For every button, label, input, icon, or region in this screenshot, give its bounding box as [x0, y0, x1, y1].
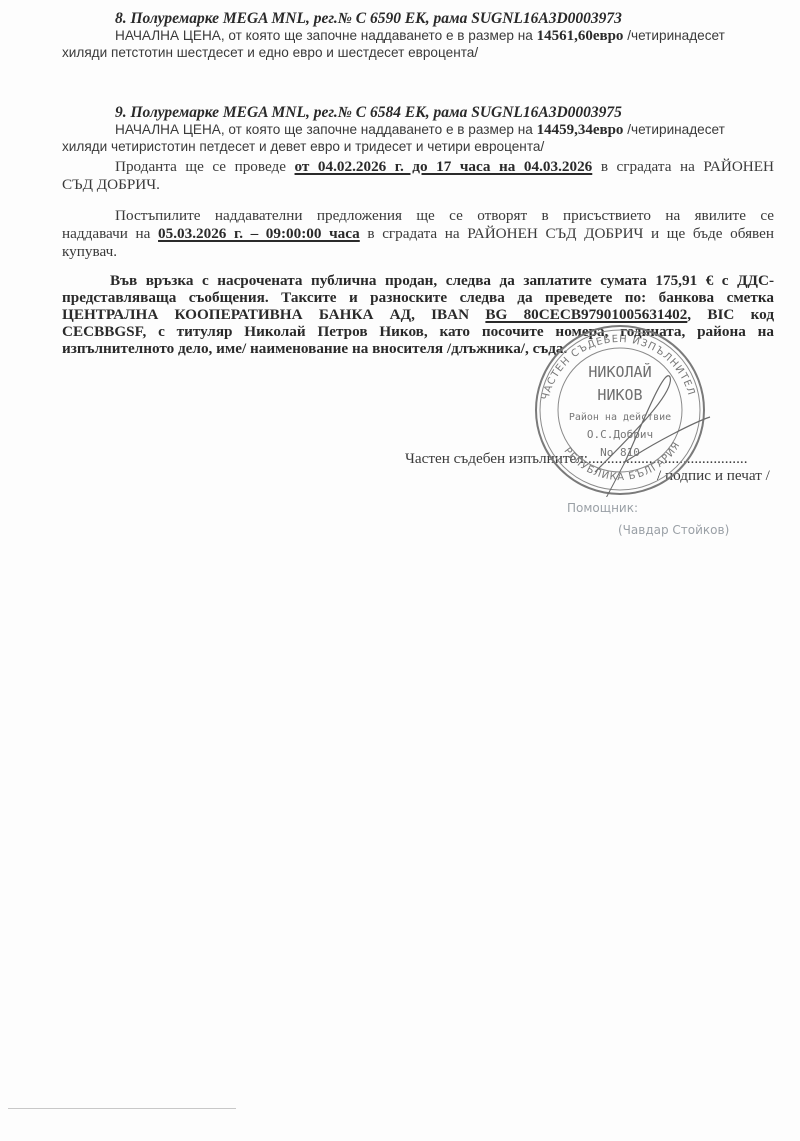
sale-period-dates: от 04.02.2026 г. до 17 часа на 04.03.202… — [295, 158, 593, 175]
item-9-price: НАЧАЛНА ЦЕНА, от която ще започне наддав… — [115, 121, 725, 139]
stamp-reg-number: No 810 — [600, 446, 640, 459]
stamp-last-name: НИКОВ — [597, 386, 642, 404]
item-9-title: 9. Полуремарке MEGA MNL, рег.№ С 6584 ЕК… — [115, 104, 622, 121]
opening-line-3: купувач. — [62, 243, 117, 260]
stamp-first-name: НИКОЛАЙ — [588, 362, 651, 381]
payment-line-2: представляваща съобщения. Таксите и разн… — [62, 289, 774, 306]
sale-suffix: в сградата на РАЙОНЕН — [601, 158, 774, 175]
opening-line-1: Постъпилите наддавателни предложения ще … — [62, 207, 774, 224]
item-8-price-words: хиляди петстотин шестдесет и едно евро и… — [62, 44, 478, 61]
stamp-district-label: Район на действие — [569, 411, 671, 423]
price-words: /четиринадесет — [627, 28, 725, 43]
item-title-text: Полуремарке MEGA MNL, рег.№ С 6590 ЕК, р… — [131, 10, 622, 27]
bic-label: , BIC код — [687, 306, 774, 323]
payment-line-5: изпълнителното дело, име/ наименование н… — [62, 340, 567, 357]
price-prefix: НАЧАЛНА ЦЕНА, от която ще започне наддав… — [115, 122, 533, 137]
sale-prefix: Проданта ще се проведе — [115, 158, 286, 175]
footer-divider — [8, 1108, 236, 1109]
bank-name: ЦЕНТРАЛНА КООПЕРАТИВНА БАНКА АД, IBAN — [62, 306, 469, 323]
item-number: 8. — [115, 10, 127, 27]
iban-value: BG 80CECB97901005631402 — [485, 306, 687, 323]
opening-line-2: наддавачи на 05.03.2026 г. – 09:00:00 ча… — [62, 225, 774, 242]
stamp-district: О.С.Добрич — [587, 428, 653, 441]
sale-period-paragraph: Проданта ще се проведе от 04.02.2026 г. … — [62, 158, 774, 175]
stamp-seal-icon: ЧАСТЕН СЪДЕБЕН ИЗПЪЛНИТЕЛ РЕПУБЛИКА БЪЛГ… — [525, 322, 715, 497]
item-8-price: НАЧАЛНА ЦЕНА, от която ще започне наддав… — [115, 27, 725, 45]
item-title-text: Полуремарке MEGA MNL, рег.№ С 6584 ЕК, р… — [131, 104, 622, 121]
opening-prefix: наддавачи на — [62, 225, 150, 242]
price-prefix: НАЧАЛНА ЦЕНА, от която ще започне наддав… — [115, 28, 533, 43]
document-page: 8. Полуремарке MEGA MNL, рег.№ С 6590 ЕК… — [0, 0, 800, 1141]
price-value: 14459,34евро — [537, 122, 624, 138]
sale-location: СЪД ДОБРИЧ. — [62, 176, 160, 193]
assistant-name: (Чавдар Стойков) — [618, 522, 729, 539]
item-8-title: 8. Полуремарке MEGA MNL, рег.№ С 6590 ЕК… — [115, 10, 622, 27]
official-stamp: ЧАСТЕН СЪДЕБЕН ИЗПЪЛНИТЕЛ РЕПУБЛИКА БЪЛГ… — [525, 322, 715, 497]
opening-datetime: 05.03.2026 г. – 09:00:00 часа — [158, 225, 360, 242]
item-number: 9. — [115, 104, 127, 121]
payment-line-3: ЦЕНТРАЛНА КООПЕРАТИВНА БАНКА АД, IBAN BG… — [62, 306, 774, 323]
opening-suffix: в сградата на РАЙОНЕН СЪД ДОБРИЧ и ще бъ… — [367, 225, 774, 242]
item-9-price-words: хиляди четиристотин петдесет и девет евр… — [62, 138, 544, 155]
assistant-label: Помощник: — [567, 500, 638, 517]
price-words: /четиринадесет — [627, 122, 725, 137]
price-value: 14561,60евро — [537, 28, 624, 44]
payment-line-1: Във връзка с насрочената публична продан… — [62, 272, 774, 289]
